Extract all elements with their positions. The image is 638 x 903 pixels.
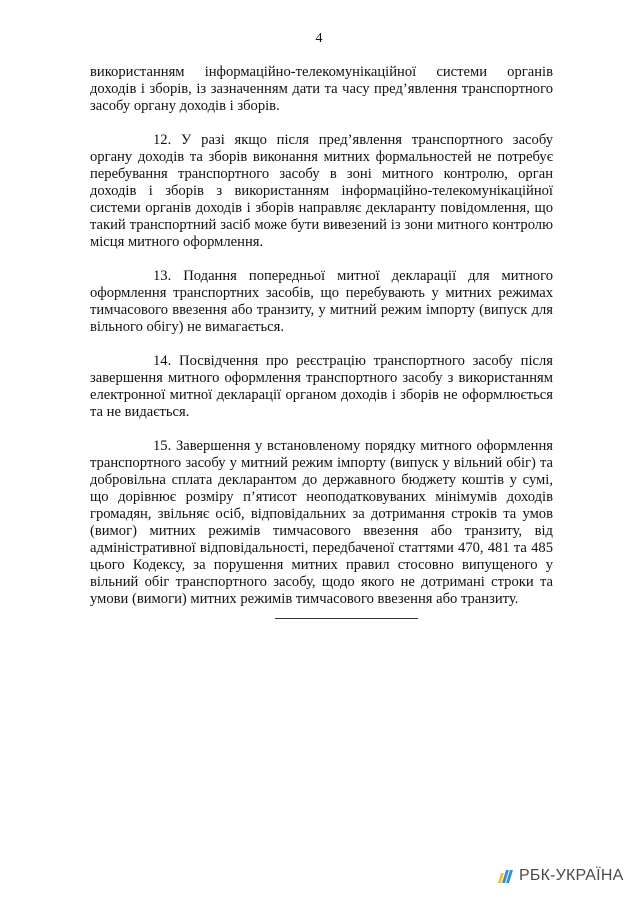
watermark: РБК-УКРАЇНА <box>498 867 623 885</box>
paragraph-gap <box>90 421 553 438</box>
paragraph-gap <box>90 336 553 353</box>
paragraph-continuation: використанням інформаційно-телекомунікац… <box>90 64 553 115</box>
paragraph-gap <box>90 115 553 132</box>
paragraph-item-13: 13. Подання попередньої митної деклараці… <box>90 268 553 336</box>
watermark-text: РБК-УКРАЇНА <box>519 867 623 885</box>
page-number: 4 <box>0 31 638 47</box>
paragraph-gap <box>90 251 553 268</box>
paragraph-item-15: 15. Завершення у встановленому порядку м… <box>90 438 553 608</box>
document-body: використанням інформаційно-телекомунікац… <box>90 64 553 608</box>
paragraph-item-12: 12. У разі якщо після пред’явлення транс… <box>90 132 553 251</box>
rbc-logo-icon <box>498 869 515 883</box>
paragraph-item-14: 14. Посвідчення про реєстрацію транспорт… <box>90 353 553 421</box>
end-of-text-divider <box>275 618 418 619</box>
